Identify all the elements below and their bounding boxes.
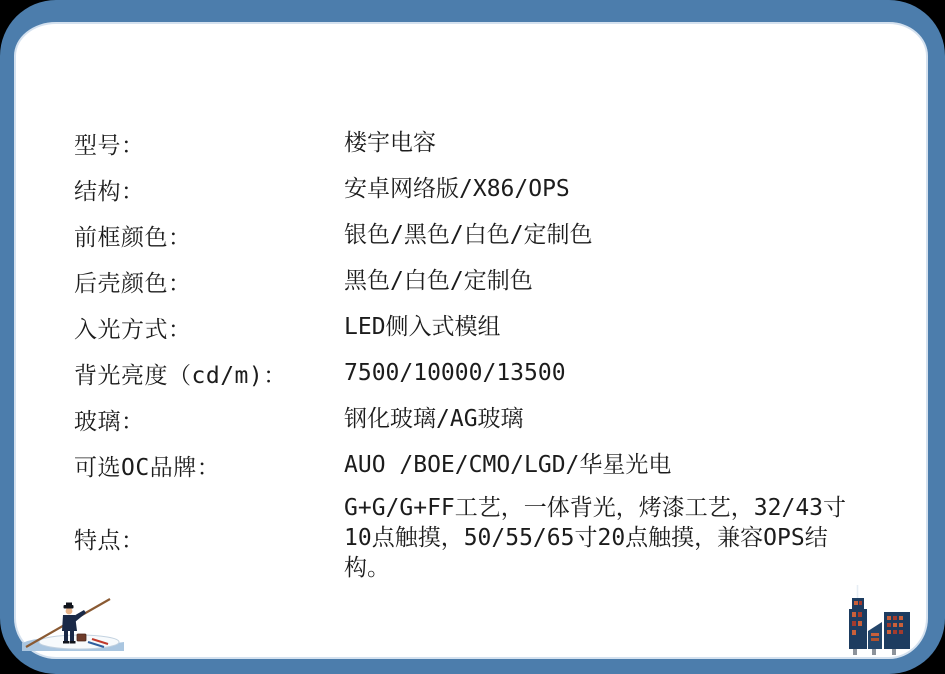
spec-row-model: 型号： 楼宇电容 xyxy=(74,120,870,166)
building-legs xyxy=(853,649,896,655)
briefcase xyxy=(77,634,86,641)
spec-value: 7500/10000/13500 xyxy=(344,358,870,388)
spec-value: 银色/黑色/白色/定制色 xyxy=(344,220,870,250)
skyline-illustration xyxy=(836,585,914,655)
spec-value: G+G/G+FF工艺，一体背光，烤漆工艺，32/43寸10点触摸，50/55/6… xyxy=(344,493,870,583)
rounded-border-frame: 型号： 楼宇电容 结构： 安卓网络版/X86/OPS 前框颜色： 银色/黑色/白… xyxy=(0,0,945,674)
boatman-illustration xyxy=(22,597,124,651)
spec-label: 后壳颜色： xyxy=(74,265,344,298)
spec-label: 背光亮度（cd/m)： xyxy=(74,357,344,390)
spec-label: 可选OC品牌： xyxy=(74,449,344,482)
spec-value: 钢化玻璃/AG玻璃 xyxy=(344,404,870,434)
spec-label: 前框颜色： xyxy=(74,219,344,252)
spec-label: 玻璃： xyxy=(74,403,344,436)
spec-row-features: 特点： G+G/G+FF工艺，一体背光，烤漆工艺，32/43寸10点触摸，50/… xyxy=(74,493,870,583)
spec-row-brightness: 背光亮度（cd/m)： 7500/10000/13500 xyxy=(74,350,870,396)
spec-row-back-shell-color: 后壳颜色： 黑色/白色/定制色 xyxy=(74,258,870,304)
right-building xyxy=(884,612,910,649)
spec-value: 安卓网络版/X86/OPS xyxy=(344,174,870,204)
spec-value: AUO /BOE/CMO/LGD/华星光电 xyxy=(344,450,870,480)
spec-label: 型号： xyxy=(74,127,344,160)
spec-value: LED侧入式模组 xyxy=(344,312,870,342)
tall-tower xyxy=(849,598,867,649)
mid-building xyxy=(868,622,882,649)
spec-row-structure: 结构： 安卓网络版/X86/OPS xyxy=(74,166,870,212)
spec-label: 入光方式： xyxy=(74,311,344,344)
spec-label: 特点： xyxy=(74,522,344,555)
spec-row-glass: 玻璃： 钢化玻璃/AG玻璃 xyxy=(74,396,870,442)
spec-row-front-frame-color: 前框颜色： 银色/黑色/白色/定制色 xyxy=(74,212,870,258)
spec-table: 型号： 楼宇电容 结构： 安卓网络版/X86/OPS 前框颜色： 银色/黑色/白… xyxy=(74,120,870,583)
spec-value: 楼宇电容 xyxy=(344,128,870,158)
spec-row-oc-brand: 可选OC品牌： AUO /BOE/CMO/LGD/华星光电 xyxy=(74,442,870,488)
spec-value: 黑色/白色/定制色 xyxy=(344,266,870,296)
spec-label: 结构： xyxy=(74,173,344,206)
slide-canvas: 型号： 楼宇电容 结构： 安卓网络版/X86/OPS 前框颜色： 银色/黑色/白… xyxy=(0,0,945,674)
spec-row-backlight-type: 入光方式： LED侧入式模组 xyxy=(74,304,870,350)
